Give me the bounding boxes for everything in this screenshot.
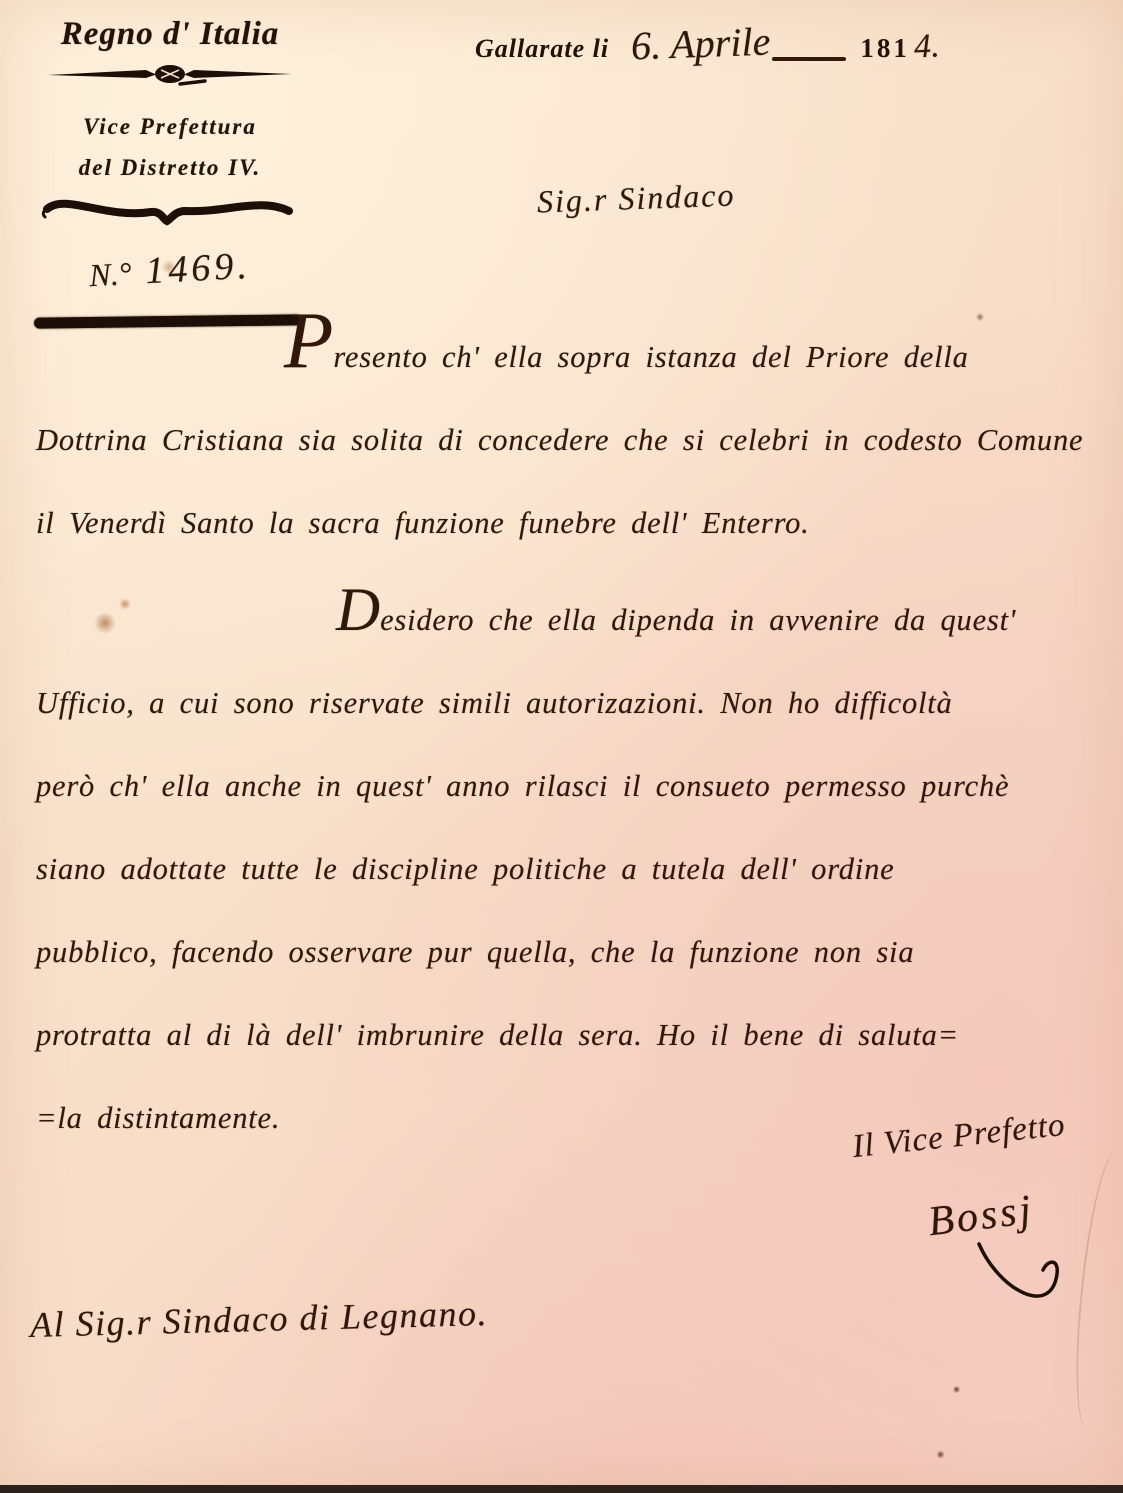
ink-stain [935, 1450, 946, 1459]
addressee: Al Sig.r Sindaco di Legnano. [30, 1292, 489, 1346]
body-line: il Venerdì Santo la sacra funzione funeb… [36, 506, 1100, 589]
signature-flourish [965, 1240, 1085, 1335]
protocol-number-value: 1469. [144, 245, 252, 292]
salutation: Sig.r Sindaco [536, 177, 736, 221]
dateline-day-month-handwritten: 6. Aprile [630, 18, 771, 70]
kingdom-title: Regno d' Italia [26, 16, 314, 53]
body-line: protratta al di là dell' imbrunire della… [36, 1018, 1100, 1101]
protocol-number: N.°1469. [25, 240, 315, 299]
letterhead-divider-ornament [26, 61, 314, 94]
body-line: Desidero che ella dipenda in avvenire da… [336, 603, 1100, 686]
office-line2: del Distretto IV. [26, 155, 314, 181]
office-line1: Vice Prefettura [26, 114, 314, 140]
scan-bottom-edge [0, 1485, 1123, 1493]
letter-body: Presento ch' ella sopra istanza del Prio… [36, 340, 1100, 1184]
dateline-year-handwritten: 4. [913, 27, 940, 66]
body-line: però ch' ella anche in quest' anno rilas… [36, 769, 1100, 852]
body-line: siano adottate tutte le discipline polit… [36, 852, 1100, 935]
ink-stain [975, 312, 985, 322]
body-line: Presento ch' ella sopra istanza del Prio… [284, 340, 1100, 423]
letterhead-rule-bar [34, 314, 302, 328]
body-line: Dottrina Cristiana sia solita di concede… [36, 423, 1100, 506]
dateline: Gallarate li 6. Aprile 181 4. [475, 20, 939, 67]
letterhead: Regno d' Italia Vice Prefettura del Dist… [26, 16, 314, 327]
body-line: pubblico, facendo osservare pur quella, … [36, 935, 1100, 1018]
body-line: Ufficio, a cui sono riservate simili aut… [36, 686, 1100, 769]
signature: Bossj [925, 1186, 1036, 1247]
protocol-number-label: N.° [88, 255, 132, 293]
dateline-place-printed: Gallarate li [475, 34, 609, 64]
ink-stain [952, 1385, 961, 1394]
dateline-rule [772, 57, 846, 61]
dateline-year-printed: 181 [860, 33, 910, 64]
letter-page: Regno d' Italia Vice Prefettura del Dist… [0, 0, 1123, 1493]
letterhead-flourish [26, 187, 314, 236]
